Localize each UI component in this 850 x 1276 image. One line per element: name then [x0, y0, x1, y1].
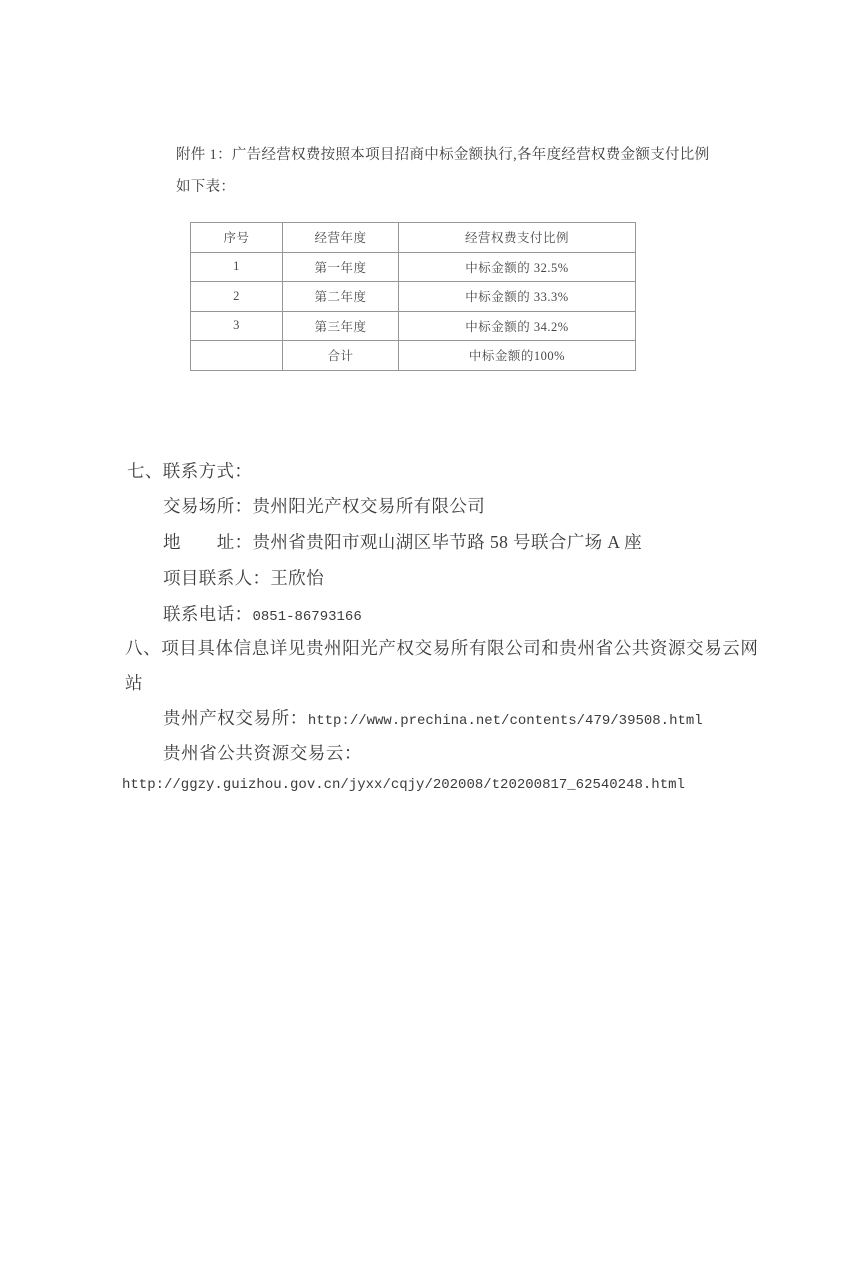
attachment-note-line2: 如下表：: [176, 178, 235, 196]
cell-total-ratio: 中标金额的100%: [399, 341, 636, 371]
contact-venue-value: 贵州阳光产权交易所有限公司: [253, 496, 486, 516]
fee-payment-ratio-table: 序号 经营年度 经营权费支付比例 1 第一年度 中标金额的 32.5% 2 第二…: [190, 222, 636, 371]
contact-phone-line: 联系电话：0851-86793166: [163, 601, 362, 626]
info-section-line1: 八、项目具体信息详见贵州阳光产权交易所有限公司和贵州省公共资源交易云网: [125, 635, 759, 660]
prechina-link-line: 贵州产权交易所：http://www.prechina.net/contents…: [163, 705, 703, 730]
cell-serial: 3: [191, 311, 283, 341]
ggzy-link-url: http://ggzy.guizhou.gov.cn/jyxx/cqjy/202…: [122, 777, 685, 793]
table-header-row: 序号 经营年度 经营权费支付比例: [191, 223, 636, 253]
table-row: 3 第三年度 中标金额的 34.2%: [191, 311, 636, 341]
cell-ratio: 中标金额的 34.2%: [399, 311, 636, 341]
contact-person-label: 项目联系人：: [163, 568, 270, 588]
cell-total-label: 合计: [283, 341, 399, 371]
table-row: 1 第一年度 中标金额的 32.5%: [191, 252, 636, 282]
contact-address-line: 地 址：贵州省贵阳市观山湖区毕节路 58 号联合广场 A 座: [163, 529, 642, 554]
header-payment-ratio: 经营权费支付比例: [399, 223, 636, 253]
document-page: { "attachment_note": { "line1": "附件 1：广告…: [0, 0, 850, 1276]
contact-address-label: 地 址：: [163, 532, 253, 552]
cell-year: 第一年度: [283, 252, 399, 282]
table-total-row: 合计 中标金额的100%: [191, 341, 636, 371]
cell-ratio: 中标金额的 32.5%: [399, 252, 636, 282]
prechina-link-url: http://www.prechina.net/contents/479/395…: [308, 713, 703, 729]
info-section-line2: 站: [125, 670, 143, 695]
cell-serial: [191, 341, 283, 371]
cell-ratio: 中标金额的 33.3%: [399, 282, 636, 312]
contact-venue-label: 交易场所：: [163, 496, 253, 516]
header-serial-number: 序号: [191, 223, 283, 253]
contact-phone-label: 联系电话：: [163, 604, 253, 624]
contact-section-heading: 七、联系方式：: [127, 458, 252, 483]
contact-person-value: 王欣怡: [270, 568, 324, 588]
contact-venue-line: 交易场所：贵州阳光产权交易所有限公司: [163, 493, 485, 518]
prechina-link-label: 贵州产权交易所：: [163, 708, 308, 728]
cell-serial: 1: [191, 252, 283, 282]
contact-address-value: 贵州省贵阳市观山湖区毕节路 58 号联合广场 A 座: [253, 532, 643, 552]
cell-serial: 2: [191, 282, 283, 312]
header-operating-year: 经营年度: [283, 223, 399, 253]
cell-year: 第二年度: [283, 282, 399, 312]
ggzy-link-label: 贵州省公共资源交易云：: [163, 743, 362, 763]
contact-phone-value: 0851-86793166: [253, 609, 362, 625]
contact-person-line: 项目联系人：王欣怡: [163, 565, 324, 590]
table-row: 2 第二年度 中标金额的 33.3%: [191, 282, 636, 312]
attachment-note-line1: 附件 1：广告经营权费按照本项目招商中标金额执行,各年度经营权费金额支付比例: [176, 146, 709, 164]
cell-year: 第三年度: [283, 311, 399, 341]
ggzy-link-label-line: 贵州省公共资源交易云：: [163, 740, 362, 765]
fee-table-container: 序号 经营年度 经营权费支付比例 1 第一年度 中标金额的 32.5% 2 第二…: [190, 222, 636, 371]
